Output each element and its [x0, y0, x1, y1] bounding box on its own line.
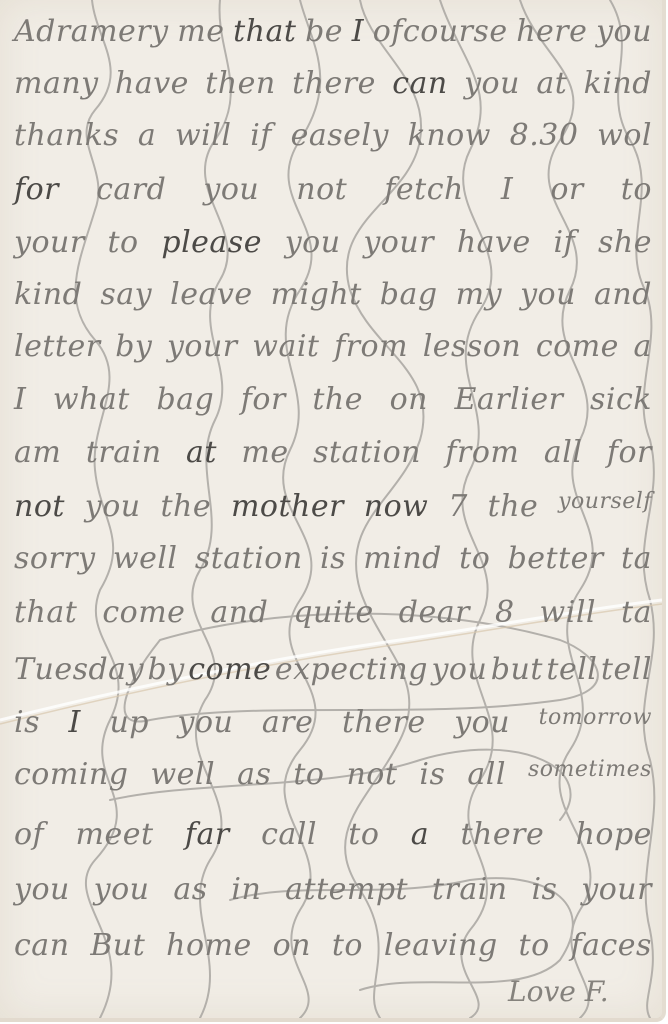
text-line: thanks a will if easely know 8.30 wol [14, 118, 652, 153]
postcard: Adramery me that be I ofcourse here you … [0, 0, 666, 1022]
text-line: can But home on to leaving to faces [14, 928, 652, 963]
text-line: that come and quite dear 8 will ta [14, 595, 652, 630]
text-line: many have then there can you at kind [14, 66, 652, 101]
text-line: Tuesday by come expecting you but tell t… [14, 652, 652, 687]
text-line: of meet far call to a there hope [14, 817, 652, 852]
handwritten-text: Adramery me that be I ofcourse here you … [0, 0, 662, 1018]
text-line: sorry well station is mind to better ta [14, 541, 652, 576]
text-line: your to please you your have if she [14, 225, 652, 260]
text-line: is I up you are there you tomorrow [14, 705, 652, 740]
text-line: you you as in attempt train is your [14, 872, 652, 907]
text-line: am train at me station from all for [14, 435, 652, 470]
signoff: Love F. [508, 975, 609, 1008]
text-line: for card you not fetch I or to [14, 172, 652, 207]
text-line: Adramery me that be I ofcourse here you [14, 14, 652, 49]
text-line: coming well as to not is all sometimes [14, 757, 652, 792]
text-line: I what bag for the on Earlier sick [14, 382, 652, 417]
text-line: kind say leave might bag my you and [14, 277, 652, 312]
text-line: letter by your wait from lesson come a [14, 329, 652, 364]
text-line: not you the mother now 7 the yourself [14, 489, 652, 524]
